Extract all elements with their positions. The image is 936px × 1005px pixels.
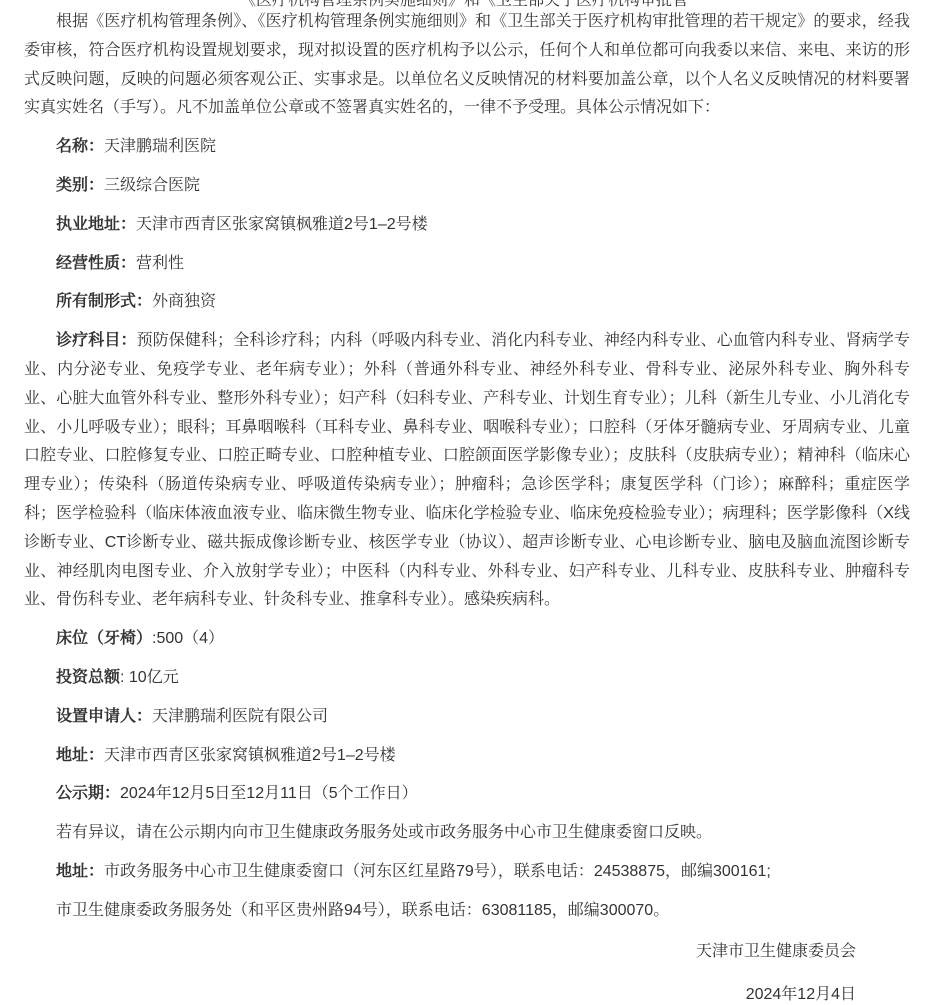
issuer-signature: 天津市卫生健康委员会 xyxy=(24,938,910,967)
field-category-value: 三级综合医院 xyxy=(104,177,200,194)
contact-office-paragraph: 市卫生健康委政务服务处（和平区贵州路94号），联系电话：63081185，邮编3… xyxy=(24,897,910,926)
clipped-previous-line: 《医疗机构管理条例实施细则》和《卫生部关于医疗机构审批管 xyxy=(0,0,936,8)
field-setup-applicant: 设置申请人：天津鹏瑞利医院有限公司 xyxy=(24,703,910,732)
field-category-label: 类别： xyxy=(56,177,104,194)
field-ownership-form: 所有制形式：外商独资 xyxy=(24,288,910,317)
field-category: 类别：三级综合医院 xyxy=(24,172,910,201)
field-diagnosis-subjects-value: 预防保健科；全科诊疗科；内科（呼吸内科专业、消化内科专业、神经内科专业、心血管内… xyxy=(24,332,910,608)
field-name-value: 天津鹏瑞利医院 xyxy=(104,138,216,155)
field-address: 地址：天津市西青区张家窝镇枫雅道2号1–2号楼 xyxy=(24,742,910,771)
field-address-label: 地址： xyxy=(56,747,104,764)
issue-date: 2024年12月4日 xyxy=(24,981,910,1005)
field-beds-dental-chairs: 床位（牙椅）:500（4） xyxy=(24,625,910,654)
field-name: 名称：天津鹏瑞利医院 xyxy=(24,133,910,162)
field-beds-dental-chairs-label: 床位（牙椅） xyxy=(56,630,152,647)
contact-address-value: 市政务服务中心市卫生健康委窗口（河东区红星路79号），联系电话：24538875… xyxy=(104,863,771,880)
field-diagnosis-subjects: 诊疗科目：预防保健科；全科诊疗科；内科（呼吸内科专业、消化内科专业、神经内科专业… xyxy=(24,327,910,615)
field-publicity-period-value: 2024年12月5日至12月11日（5个工作日） xyxy=(120,785,418,802)
field-total-investment: 投资总额: 10亿元 xyxy=(24,664,910,693)
field-practice-address-label: 执业地址： xyxy=(56,216,136,233)
field-setup-applicant-label: 设置申请人： xyxy=(56,708,152,725)
contact-address-label: 地址： xyxy=(56,863,104,880)
field-operating-nature-label: 经营性质： xyxy=(56,255,136,272)
field-diagnosis-subjects-label: 诊疗科目： xyxy=(56,332,137,349)
field-setup-applicant-value: 天津鹏瑞利医院有限公司 xyxy=(152,708,328,725)
intro-paragraph: 根据《医疗机构管理条例》、《医疗机构管理条例实施细则》和《卫生部关于医疗机构审批… xyxy=(24,8,910,123)
field-operating-nature: 经营性质：营利性 xyxy=(24,250,910,279)
public-notice-document: 《医疗机构管理条例实施细则》和《卫生部关于医疗机构审批管 根据《医疗机构管理条例… xyxy=(0,0,936,1005)
field-ownership-form-value: 外商独资 xyxy=(152,293,216,310)
field-publicity-period-label: 公示期： xyxy=(56,785,120,802)
objection-paragraph: 若有异议，请在公示期内向市卫生健康政务服务处或市政务服务中心市卫生健康委窗口反映… xyxy=(24,819,910,848)
field-total-investment-value: : 10亿元 xyxy=(120,669,179,686)
field-name-label: 名称： xyxy=(56,138,104,155)
field-publicity-period: 公示期：2024年12月5日至12月11日（5个工作日） xyxy=(24,780,910,809)
field-ownership-form-label: 所有制形式： xyxy=(56,293,152,310)
field-address-value: 天津市西青区张家窝镇枫雅道2号1–2号楼 xyxy=(104,747,396,764)
field-total-investment-label: 投资总额 xyxy=(56,669,120,686)
field-beds-dental-chairs-value: :500（4） xyxy=(152,630,224,647)
field-practice-address: 执业地址：天津市西青区张家窝镇枫雅道2号1–2号楼 xyxy=(24,211,910,240)
field-practice-address-value: 天津市西青区张家窝镇枫雅道2号1–2号楼 xyxy=(136,216,428,233)
clipped-previous-line-text: 《医疗机构管理条例实施细则》和《卫生部关于医疗机构审批管 xyxy=(240,0,688,8)
field-operating-nature-value: 营利性 xyxy=(136,255,184,272)
contact-address-paragraph: 地址：市政务服务中心市卫生健康委窗口（河东区红星路79号），联系电话：24538… xyxy=(24,858,910,887)
